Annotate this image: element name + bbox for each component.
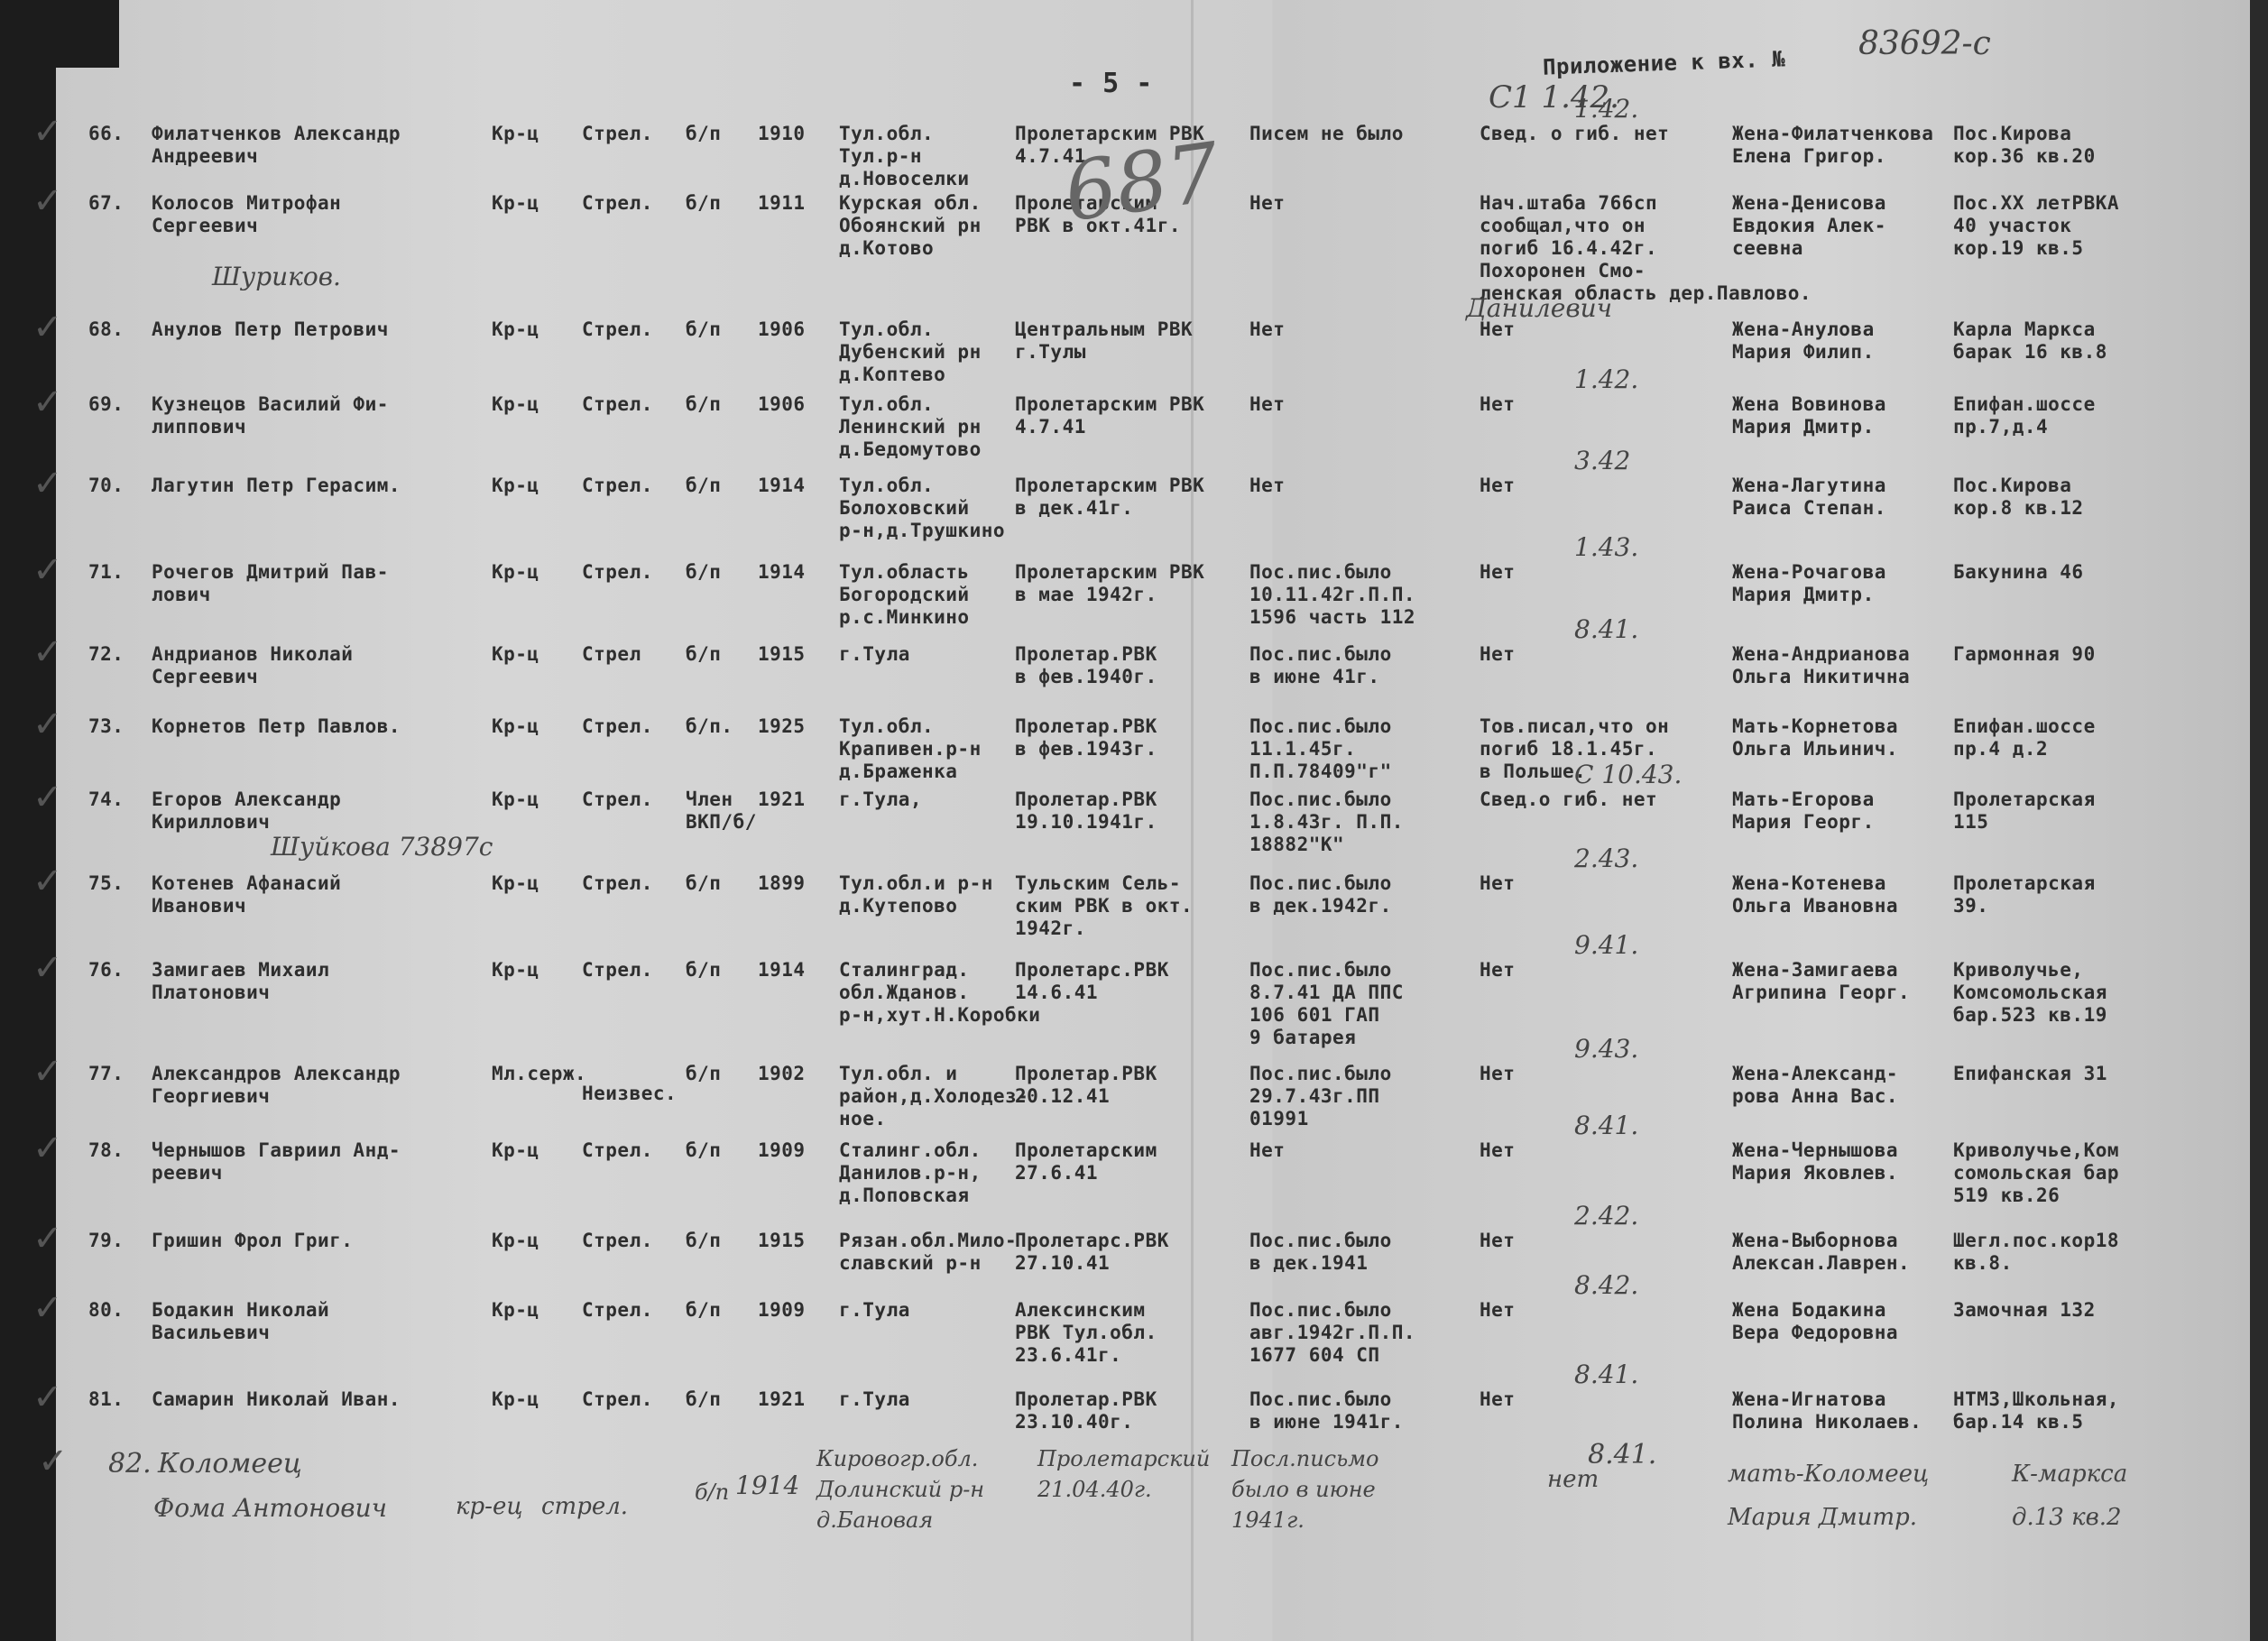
row-party: б/п <box>686 1299 721 1322</box>
row-letters: Нет <box>1249 475 1285 497</box>
row-address-line: Пос.Кирова <box>1953 475 2084 497</box>
row-party: б/п <box>686 872 721 895</box>
row-letters-line: Нет <box>1249 192 1285 215</box>
row-birthplace-line: г.Тула <box>839 1299 910 1322</box>
row-relative: Жена БодакинаВера Федоровна <box>1732 1299 1898 1344</box>
row-name-line: Александров Александр <box>152 1063 401 1085</box>
row-fate-line: Нет <box>1480 1063 1515 1085</box>
row-name-line: Замигаев Михаил <box>152 959 329 982</box>
row-name-line: Колосов Митрофан <box>152 192 341 215</box>
row-birthplace-line: район,д.Холодез- <box>839 1085 1028 1108</box>
row-fate-note: 8.41. <box>1574 1111 1638 1140</box>
row-party: б/п <box>686 959 721 982</box>
row-party: б/п <box>686 393 721 416</box>
row-letters-line: в дек.1941 <box>1249 1252 1392 1275</box>
row-name: Андрианов НиколайСергеевич <box>152 643 353 688</box>
row-relative-line: Евдокия Алек- <box>1732 215 1886 237</box>
checkmark-icon: ✓ <box>32 1290 63 1326</box>
row-letters-line: 29.7.43г.ПП <box>1249 1085 1392 1108</box>
row-num: 66. <box>88 123 124 145</box>
row-letters: Нет <box>1249 393 1285 416</box>
row-num: 70. <box>88 475 124 497</box>
row-letters-line: Нет <box>1249 393 1285 416</box>
row-address-line: Криволучье, <box>1953 959 2107 982</box>
row-relative-line: Ольга Никитична <box>1732 666 1910 688</box>
checkmark-icon: ✓ <box>32 384 63 420</box>
row-name-line: Иванович <box>152 895 341 917</box>
row-name-line: Кириллович <box>152 811 341 834</box>
row-birthplace-line: д.Котово <box>839 237 982 260</box>
row-party: б/п <box>686 123 721 145</box>
row-birthplace-line: Тул.обл. <box>839 393 982 416</box>
row-rvk-line: 4.7.41 <box>1015 416 1204 438</box>
row-rvk: Пролетар.РВК23.10.40г. <box>1015 1388 1157 1434</box>
row-name: Лагутин Петр Герасим. <box>152 475 401 497</box>
row-birthplace-line: Ленинский рн <box>839 416 982 438</box>
row-birthplace-line: Тул.р-н <box>839 145 970 168</box>
row-relative: Жена-АндриановаОльга Никитична <box>1732 643 1910 688</box>
row-year: 1914 <box>758 561 806 584</box>
row-birthplace: Кировогр.обл.Долинский р-нд.Бановая <box>816 1443 984 1535</box>
row-rvk-line: 19.10.1941г. <box>1015 811 1157 834</box>
row-relative: Жена-ЗамигаеваАгрипина Георг. <box>1732 959 1910 1004</box>
row-rvk-line: Пролетар.РВК <box>1015 715 1157 738</box>
row-birthplace: Сталинград.обл.Жданов.р-н,хут.Н.Коробки <box>839 959 1040 1027</box>
row-address-line: 115 <box>1953 811 2096 834</box>
row-rvk: Пролетарс.РВК14.6.41 <box>1015 959 1169 1004</box>
row-year: 1915 <box>758 1230 806 1252</box>
row-letters-line: Пос.пис.было <box>1249 1388 1404 1411</box>
row-name-line: Рочегов Дмитрий Пав- <box>152 561 389 584</box>
checkmark-icon: ✓ <box>38 1443 69 1480</box>
row-num: 80. <box>88 1299 124 1322</box>
row-name-line: Георгиевич <box>152 1085 401 1108</box>
row-letters: Пос.пис.былов июне 41г. <box>1249 643 1392 688</box>
row-party: б/п <box>686 1230 721 1252</box>
row-spec: Стрел. <box>582 1139 653 1162</box>
row-name-line: Сергеевич <box>152 666 353 688</box>
row-fate-note: 1.42. <box>1574 94 1638 124</box>
row-fate-line: Нет <box>1480 643 1515 666</box>
row-fate-line: Свед.о гиб. нет <box>1480 788 1657 811</box>
row-name: Анулов Петр Петрович <box>152 318 389 341</box>
row-fate-line: Похоронен Смо- <box>1480 260 1812 282</box>
row-letters: Пос.пис.было8.7.41 ДА ППС106 601 ГАП9 ба… <box>1249 959 1404 1049</box>
row-relative: Жена-РочаговаМария Дмитр. <box>1732 561 1886 606</box>
row-letters-line: Писем не было <box>1249 123 1404 145</box>
row-letters-line: 1596 часть 112 <box>1249 606 1415 629</box>
checkmark-icon: ✓ <box>32 779 63 816</box>
checkmark-icon: ✓ <box>32 1054 63 1090</box>
row-name-line: Лагутин Петр Герасим. <box>152 475 401 497</box>
row-rank: Кр-ц <box>492 123 539 145</box>
row-year: 1914 <box>735 1470 799 1500</box>
row-rank: Кр-ц <box>492 192 539 215</box>
row-birthplace: Тул.обл. ирайон,д.Холодез-ное. <box>839 1063 1028 1130</box>
row-birthplace-line: р-н,хут.Н.Коробки <box>839 1004 1040 1027</box>
row-relative-line: Мать-Егорова <box>1732 788 1875 811</box>
row-rvk: Пролетар.РВК19.10.1941г. <box>1015 788 1157 834</box>
row-letters: Пос.пис.былоавг.1942г.П.П.1677 604 СП <box>1249 1299 1415 1367</box>
row-rvk: Пролетарс.РВК27.10.41 <box>1015 1230 1169 1275</box>
row-year: 1906 <box>758 318 806 341</box>
row-spec: Стрел. <box>582 1388 653 1411</box>
row-rvk-line: 27.6.41 <box>1015 1162 1157 1185</box>
checkmark-icon: ✓ <box>32 1130 63 1166</box>
row-birthplace-line: Крапивен.р-н <box>839 738 982 761</box>
row-birthplace-line: Тул.обл. <box>839 475 1005 497</box>
row-fate-note: 9.41. <box>1574 930 1638 960</box>
row-name-line: Сергеевич <box>152 215 341 237</box>
row-letters-line: Пос.пис.было <box>1249 1230 1392 1252</box>
row-fate-note: 1.42. <box>1574 364 1638 394</box>
row-name: Александров АлександрГеоргиевич <box>152 1063 401 1108</box>
row-letters-line: Нет <box>1249 475 1285 497</box>
row-fate-line: Нет <box>1480 959 1515 982</box>
row-address-line: бар.14 кв.5 <box>1953 1411 2119 1434</box>
row-letters: Пос.пис.былов июне 1941г. <box>1249 1388 1404 1434</box>
row-relative: мать-КоломеецМария Дмитр. <box>1728 1452 1929 1539</box>
row-letters: Пос.пис.былов дек.1942г. <box>1249 872 1392 917</box>
row-letters-line: авг.1942г.П.П. <box>1249 1322 1415 1344</box>
row-letters-line: Нет <box>1249 318 1285 341</box>
row-rvk-line: Пролетар.РВК <box>1015 1063 1157 1085</box>
row-num: 77. <box>88 1063 124 1085</box>
row-birthplace-line: р.с.Минкино <box>839 606 970 629</box>
row-birthplace-line: Данилов.р-н, <box>839 1162 982 1185</box>
row-birthplace: Сталинг.обл.Данилов.р-н,д.Поповская <box>839 1139 982 1207</box>
row-party: б/п <box>686 192 721 215</box>
row-fate-line: Свед. о гиб. нет <box>1480 123 1669 145</box>
row-year: 1925 <box>758 715 806 738</box>
row-name: Замигаев МихаилПлатонович <box>152 959 329 1004</box>
row-num: 79. <box>88 1230 124 1252</box>
row-address-line: кор.36 кв.20 <box>1953 145 2096 168</box>
row-address: Карла Марксабарак 16 кв.8 <box>1953 318 2107 364</box>
row-letters-line: 11.1.45г. <box>1249 738 1392 761</box>
row-fate: Нет <box>1480 1063 1515 1085</box>
row-address-line: пр.7,д.4 <box>1953 416 2096 438</box>
row-letters-line: 106 601 ГАП <box>1249 1004 1404 1027</box>
row-birthplace-line: Сталинг.обл. <box>839 1139 982 1162</box>
row-letters-line: 1677 604 СП <box>1249 1344 1415 1367</box>
row-address-line: Епифан.шоссе <box>1953 393 2096 416</box>
row-address-line: кор.8 кв.12 <box>1953 497 2084 520</box>
row-year: 1906 <box>758 393 806 416</box>
row-rank: кр-ец <box>456 1493 522 1520</box>
row-fate-note: 9.43. <box>1574 1034 1638 1064</box>
row-spec: Стрел. <box>582 123 653 145</box>
row-relative-line: Мария Георг. <box>1732 811 1875 834</box>
row-rvk-line: 23.10.40г. <box>1015 1411 1157 1434</box>
torn-corner <box>56 0 119 68</box>
row-name: Корнетов Петр Павлов. <box>152 715 401 738</box>
row-rvk-line: Пролетарс.РВК <box>1015 959 1169 982</box>
row-address-line: НТМЗ,Школьная, <box>1953 1388 2119 1411</box>
row-rvk: Пролетарский21.04.40г. <box>1037 1443 1210 1505</box>
row-relative-line: Жена-Александ- <box>1732 1063 1898 1085</box>
row-address-line: Пос.Кирова <box>1953 123 2096 145</box>
row-relative: Жена-ЛагутинаРаиса Степан. <box>1732 475 1886 520</box>
row-relative-line: Мария Филип. <box>1732 341 1875 364</box>
row-relative: Мать-ЕгороваМария Георг. <box>1732 788 1875 834</box>
row-spec: Стрел. <box>582 1230 653 1252</box>
row-fate-line: Нет <box>1480 393 1515 416</box>
row-relative: Жена-ДенисоваЕвдокия Алек-сеевна <box>1732 192 1886 260</box>
row-party: б/п <box>695 1480 729 1505</box>
row-rank: Кр-ц <box>492 1230 539 1252</box>
row-spec: Стрел. <box>582 192 653 215</box>
row-birthplace-line: Тул.обл.и р-н <box>839 872 993 895</box>
row-rank: Кр-ц <box>492 393 539 416</box>
row-name: Самарин Николай Иван. <box>152 1388 401 1411</box>
row-letters-line: 1.8.43г. П.П. <box>1249 811 1404 834</box>
row-rank: Кр-ц <box>492 1299 539 1322</box>
row-birthplace-line: ное. <box>839 1108 1028 1130</box>
row-birthplace: г.Тула, <box>839 788 922 811</box>
row-birthplace: Тул.обл.Дубенский рнд.Коптево <box>839 318 982 386</box>
row-name-line: Гришин Фрол Григ. <box>152 1230 353 1252</box>
row-address-line: 39. <box>1953 895 2096 917</box>
row-letters: Пос.пис.было10.11.42г.П.П.1596 часть 112 <box>1249 561 1415 629</box>
row-birthplace-line: р-н,д.Трушкино <box>839 520 1005 542</box>
row-birthplace: г.Тула <box>839 1388 910 1411</box>
row-birthplace-line: Болоховский <box>839 497 1005 520</box>
row-fate: Нет <box>1480 561 1515 584</box>
row-rvk-line: в фев.1943г. <box>1015 738 1157 761</box>
row-spec: Стрел. <box>582 475 653 497</box>
row-address: Замочная 132 <box>1953 1299 2096 1322</box>
row-letters-line: 8.7.41 ДА ППС <box>1249 982 1404 1004</box>
row-address: Пролетарская39. <box>1953 872 2096 917</box>
row-address: Епифан.шоссепр.4 д.2 <box>1953 715 2096 761</box>
row-name: Егоров АлександрКириллович <box>152 788 341 834</box>
row-birthplace-line: д.Поповская <box>839 1185 982 1207</box>
row-party: б/п <box>686 561 721 584</box>
row-rvk-line: Пролетарским РВК <box>1015 393 1204 416</box>
row-rank: Кр-ц <box>492 959 539 982</box>
checkmark-icon: ✓ <box>32 309 63 346</box>
row-fate: Нет <box>1480 643 1515 666</box>
row-rank: Кр-ц <box>492 643 539 666</box>
row-address-line: Пос.XX летРВКА <box>1953 192 2119 215</box>
row-address: Шегл.пос.кор18кв.8. <box>1953 1230 2119 1275</box>
row-relative-line: Ольга Ивановна <box>1732 895 1898 917</box>
row-fate-line: Нет <box>1480 475 1515 497</box>
row-fate: Нет <box>1480 1230 1515 1252</box>
row-rank: Кр-ц <box>492 788 539 811</box>
row-birthplace-line: г.Тула, <box>839 788 922 811</box>
row-birthplace: г.Тула <box>839 643 910 666</box>
row-fate-line: Нет <box>1480 1388 1515 1411</box>
row-rvk: Тульским Сель-ским РВК в окт.1942г. <box>1015 872 1193 940</box>
row-birthplace-line: г.Тула <box>839 1388 910 1411</box>
row-rvk-line: Пролетарским РВК <box>1015 561 1204 584</box>
row-letters-line: Пос.пис.было <box>1249 1299 1415 1322</box>
margin-note: Шуриков. <box>212 262 341 291</box>
row-relative-line: Агрипина Георг. <box>1732 982 1910 1004</box>
row-num: 82. <box>108 1448 152 1480</box>
row-rvk-line: Алексинским <box>1015 1299 1157 1322</box>
appendix-number: 83692-с <box>1858 25 1991 62</box>
row-address-line: Гармонная 90 <box>1953 643 2096 666</box>
row-relative-line: Жена-Андрианова <box>1732 643 1910 666</box>
row-relative-line: Елена Григор. <box>1732 145 1933 168</box>
row-birthplace-line: Богородский <box>839 584 970 606</box>
row-relative-line: Жена-Лагутина <box>1732 475 1886 497</box>
row-party: б/п <box>686 475 721 497</box>
row-relative: Жена-АнуловаМария Филип. <box>1732 318 1875 364</box>
row-rvk-line: Пролетарс.РВК <box>1015 1230 1169 1252</box>
row-spec: стрел. <box>541 1493 628 1520</box>
row-name-line: Андреевич <box>152 145 401 168</box>
row-birthplace-line: д.Браженка <box>839 761 982 783</box>
row-address-line: Епифанская 31 <box>1953 1063 2107 1085</box>
row-letters-line: Пос.пис.было <box>1249 872 1392 895</box>
row-year: 1914 <box>758 959 806 982</box>
row-party: б/п <box>686 1388 721 1411</box>
row-spec: Стрел. <box>582 1299 653 1322</box>
row-relative-line: Вера Федоровна <box>1732 1322 1898 1344</box>
row-letters: Нет <box>1249 1139 1285 1162</box>
row-letters: Нет <box>1249 318 1285 341</box>
row-address: Бакунина 46 <box>1953 561 2084 584</box>
row-fate-line: Нет <box>1480 1230 1515 1252</box>
row-letters: Писем не было <box>1249 123 1404 145</box>
checkmark-icon: ✓ <box>32 863 63 899</box>
row-relative-line: Ольга Ильинич. <box>1732 738 1898 761</box>
row-rvk-line: 27.10.41 <box>1015 1252 1169 1275</box>
row-letters-line: Пос.пис.было <box>1249 561 1415 584</box>
row-letters-line: в июне 1941г. <box>1249 1411 1404 1434</box>
row-birthplace-line: Тул.обл. <box>839 318 982 341</box>
row-relative-line: Жена-Чернышова <box>1732 1139 1898 1162</box>
row-num: 76. <box>88 959 124 982</box>
row-relative-line: Мария Дмитр. <box>1732 416 1886 438</box>
row-relative-line: Раиса Степан. <box>1732 497 1886 520</box>
row-rvk-line: в фев.1940г. <box>1015 666 1157 688</box>
row-year: 1909 <box>758 1139 806 1162</box>
row-relative-line: Жена-Анулова <box>1732 318 1875 341</box>
row-relative-line: Жена-Выборнова <box>1732 1230 1910 1252</box>
row-spec: Стрел. <box>582 393 653 416</box>
margin-note: Данилевич <box>1466 293 1612 323</box>
row-rvk: Центральным РВКг.Тулы <box>1015 318 1193 364</box>
row-rvk-line: Пролетар.РВК <box>1015 788 1157 811</box>
row-name-line: лович <box>152 584 389 606</box>
row-address-line: пр.4 д.2 <box>1953 738 2096 761</box>
row-num: 72. <box>88 643 124 666</box>
row-fate-note: 1.43. <box>1574 532 1638 562</box>
row-relative: Жена-ИгнатоваПолина Николаев. <box>1732 1388 1922 1434</box>
row-address-line: кв.8. <box>1953 1252 2119 1275</box>
checkmark-icon: ✓ <box>32 706 63 742</box>
row-birthplace-line: д.Новоселки <box>839 168 970 190</box>
row-spec: Стрел <box>582 643 641 666</box>
row-fate-note: 8.42. <box>1574 1270 1638 1300</box>
row-name: Бодакин НиколайВасильевич <box>152 1299 329 1344</box>
row-name-line: Бодакин Николай <box>152 1299 329 1322</box>
scan-border-right <box>2250 0 2268 1641</box>
row-letters-line: Пос.пис.было <box>1249 959 1404 982</box>
row-fate: Свед.о гиб. нет <box>1480 788 1657 811</box>
row-birthplace-line: д.Коптево <box>839 364 982 386</box>
row-address: Криволучье,Комсомольская бар519 кв.26 <box>1953 1139 2119 1207</box>
row-relative: Жена ВовиноваМария Дмитр. <box>1732 393 1886 438</box>
row-rvk-line: Пролетар.РВК <box>1015 643 1157 666</box>
row-name-line: Анулов Петр Петрович <box>152 318 389 341</box>
row-rvk-line: в мае 1942г. <box>1015 584 1204 606</box>
row-address-line: сомольская бар <box>1953 1162 2119 1185</box>
row-name: Кузнецов Василий Фи-липпович <box>152 393 389 438</box>
row-letters: Посл.письмобыло в июне1941г. <box>1231 1443 1379 1535</box>
row-fate-line: Тов.писал,что он <box>1480 715 1669 738</box>
row-rank: Кр-ц <box>492 318 539 341</box>
row-birthplace-line: обл.Жданов. <box>839 982 1040 1004</box>
row-num: 78. <box>88 1139 124 1162</box>
row-name-line: Андрианов Николай <box>152 643 353 666</box>
row-rvk: Пролетарским РВКв дек.41г. <box>1015 475 1204 520</box>
row-birthplace-line: Обоянский рн <box>839 215 982 237</box>
row-fate-line: Нет <box>1480 561 1515 584</box>
row-fate-note: 2.42. <box>1574 1201 1638 1231</box>
row-relative-line: сеевна <box>1732 237 1886 260</box>
row-num: 71. <box>88 561 124 584</box>
row-spec: Неизвес. <box>582 1083 677 1105</box>
row-rvk-line: г.Тулы <box>1015 341 1193 364</box>
row-address-line: Пролетарская <box>1953 872 2096 895</box>
row-address: Пролетарская115 <box>1953 788 2096 834</box>
row-address: Гармонная 90 <box>1953 643 2096 666</box>
row-birthplace-line: д.Кутепово <box>839 895 993 917</box>
page-fold <box>1191 0 1194 1641</box>
row-relative-line: Жена-Денисова <box>1732 192 1886 215</box>
row-birthplace: Тул.обл.Ленинский рнд.Бедомутово <box>839 393 982 461</box>
row-letters-line: 10.11.42г.П.П. <box>1249 584 1415 606</box>
row-address: НТМЗ,Школьная,бар.14 кв.5 <box>1953 1388 2119 1434</box>
row-fate-note: 8.41. <box>1574 1360 1638 1389</box>
row-relative: Жена-КотеневаОльга Ивановна <box>1732 872 1898 917</box>
row-name-line: Чернышов Гавриил Анд- <box>152 1139 401 1162</box>
row-birthplace: Тул.обл.Крапивен.р-нд.Браженка <box>839 715 982 783</box>
row-relative-line: Жена Вовинова <box>1732 393 1886 416</box>
row-rvk-line: 23.6.41г. <box>1015 1344 1157 1367</box>
row-birthplace-line: славский р-н <box>839 1252 1017 1275</box>
margin-note: Шуйкова 73897с <box>271 832 493 862</box>
row-rvk-line: Пролетарским <box>1015 1139 1157 1162</box>
row-relative-line: Жена-Замигаева <box>1732 959 1910 982</box>
row-birthplace-line: Дубенский рн <box>839 341 982 364</box>
row-birthplace: Рязан.обл.Мило-славский р-н <box>839 1230 1017 1275</box>
row-relative-line: Полина Николаев. <box>1732 1411 1922 1434</box>
row-letters-line: 18882"К" <box>1249 834 1404 856</box>
row-letters: Пос.пис.было29.7.43г.ПП01991 <box>1249 1063 1392 1130</box>
row-letters: Пос.пис.былов дек.1941 <box>1249 1230 1392 1275</box>
row-address-line: барак 16 кв.8 <box>1953 341 2107 364</box>
row-rvk: Пролетар.РВКв фев.1943г. <box>1015 715 1157 761</box>
row-rvk: Пролетарским РВКв мае 1942г. <box>1015 561 1204 606</box>
row-name-line: Кузнецов Василий Фи- <box>152 393 389 416</box>
row-letters-line: Пос.пис.было <box>1249 715 1392 738</box>
row-birthplace: Тул.областьБогородскийр.с.Минкино <box>839 561 970 629</box>
row-fate: Нет <box>1480 1388 1515 1411</box>
row-birthplace-line: Тул.обл. <box>839 123 970 145</box>
row-given-names: Фома Антонович <box>153 1493 387 1523</box>
checkmark-icon: ✓ <box>32 1221 63 1257</box>
row-relative: Жена-ФилатченковаЕлена Григор. <box>1732 123 1933 168</box>
row-letters-line: 9 батарея <box>1249 1027 1404 1049</box>
row-name-line: Самарин Николай Иван. <box>152 1388 401 1411</box>
